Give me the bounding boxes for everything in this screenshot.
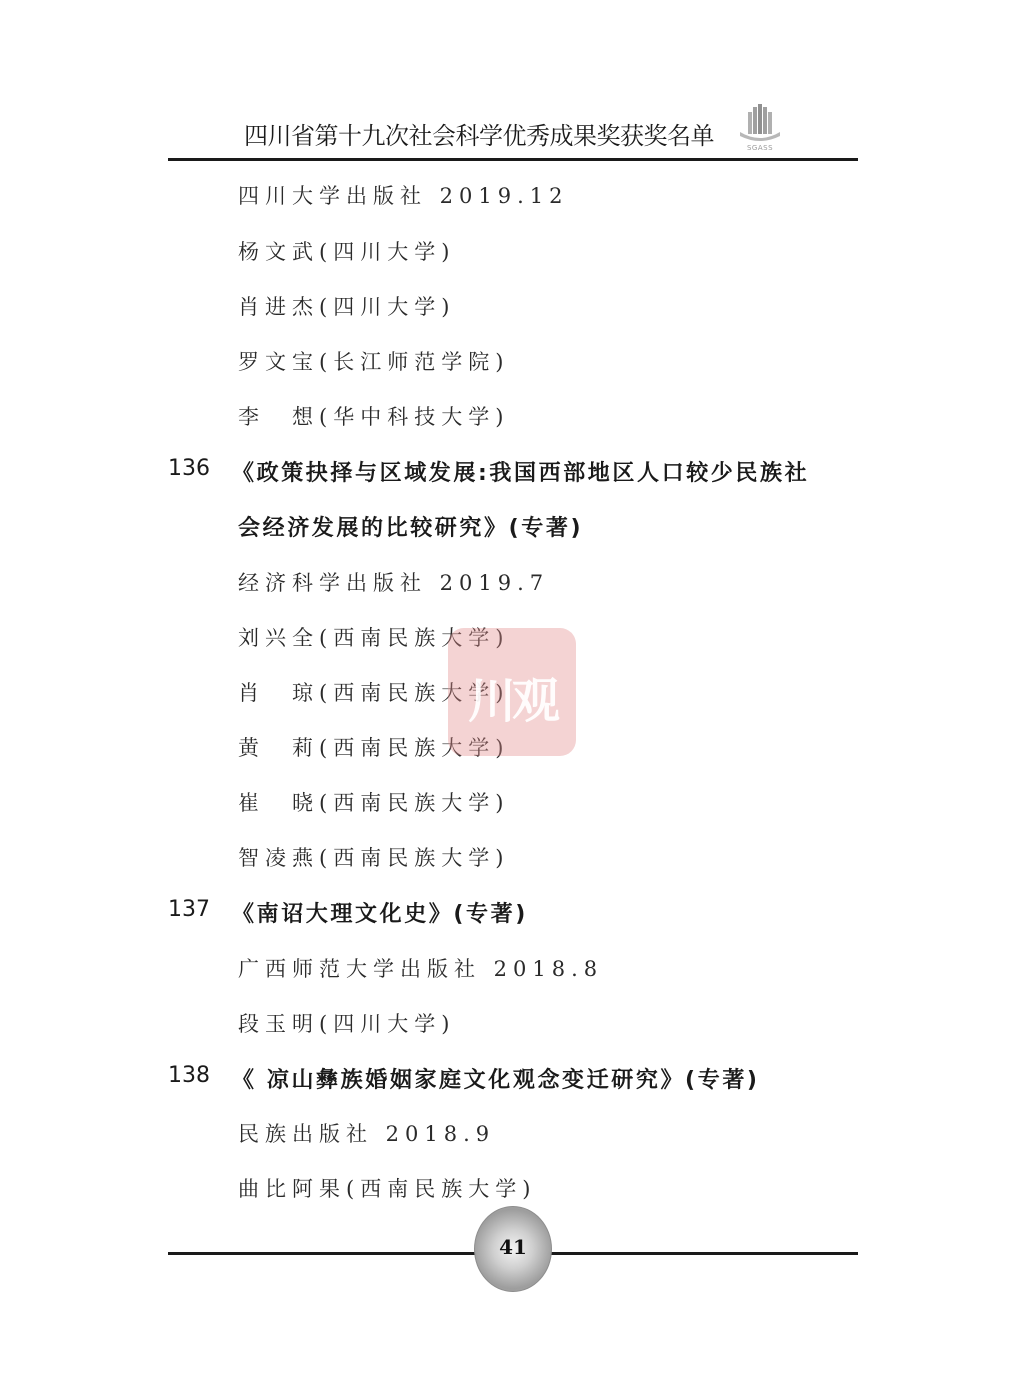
author-line: 智凌燕(西南民族大学) [238, 842, 509, 872]
author-line: 李 想(华中科技大学) [238, 401, 509, 431]
building-icon [734, 104, 786, 144]
author-line: 肖进杰(四川大学) [238, 291, 455, 321]
publisher-line: 广西师范大学出版社 2018.8 [238, 953, 603, 983]
publisher-line: 经济科学出版社 2019.7 [238, 567, 549, 597]
page-header: 四川省第十九次社会科学优秀成果奖获奖名单 SGASS [168, 100, 858, 162]
author-line: 罗文宝(长江师范学院) [238, 346, 509, 376]
footer-divider-left [168, 1252, 476, 1255]
entry-title: 《南诏大理文化史》(专著) [232, 897, 528, 928]
page-number: 41 [475, 1235, 551, 1259]
author-line: 崔 晓(西南民族大学) [238, 787, 509, 817]
document-title: 四川省第十九次社会科学优秀成果奖获奖名单 [244, 116, 714, 151]
watermark-text: 川观 [448, 662, 576, 731]
sgass-logo: SGASS [734, 104, 786, 154]
entry-title: 《 凉山彝族婚姻家庭文化观念变迁研究》(专著) [232, 1063, 760, 1094]
entry-number: 138 [168, 1063, 210, 1088]
author-line: 曲比阿果(西南民族大学) [238, 1173, 536, 1203]
header-divider [168, 158, 858, 161]
entry-number: 137 [168, 897, 210, 922]
chuanguan-watermark: 川观 [448, 628, 576, 756]
page-number-medallion: 41 [474, 1206, 552, 1292]
entry-title-continued: 会经济发展的比较研究》(专著) [238, 511, 583, 542]
publisher-line: 四川大学出版社 2019.12 [238, 180, 569, 210]
entry-title: 《政策抉择与区域发展:我国西部地区人口较少民族社 [232, 456, 809, 487]
entry-number: 136 [168, 456, 210, 481]
logo-caption: SGASS [734, 144, 786, 152]
author-line: 杨文武(四川大学) [238, 236, 455, 266]
author-line: 段玉明(四川大学) [238, 1008, 455, 1038]
publisher-line: 民族出版社 2018.9 [238, 1118, 495, 1148]
footer-divider-right [548, 1252, 858, 1255]
